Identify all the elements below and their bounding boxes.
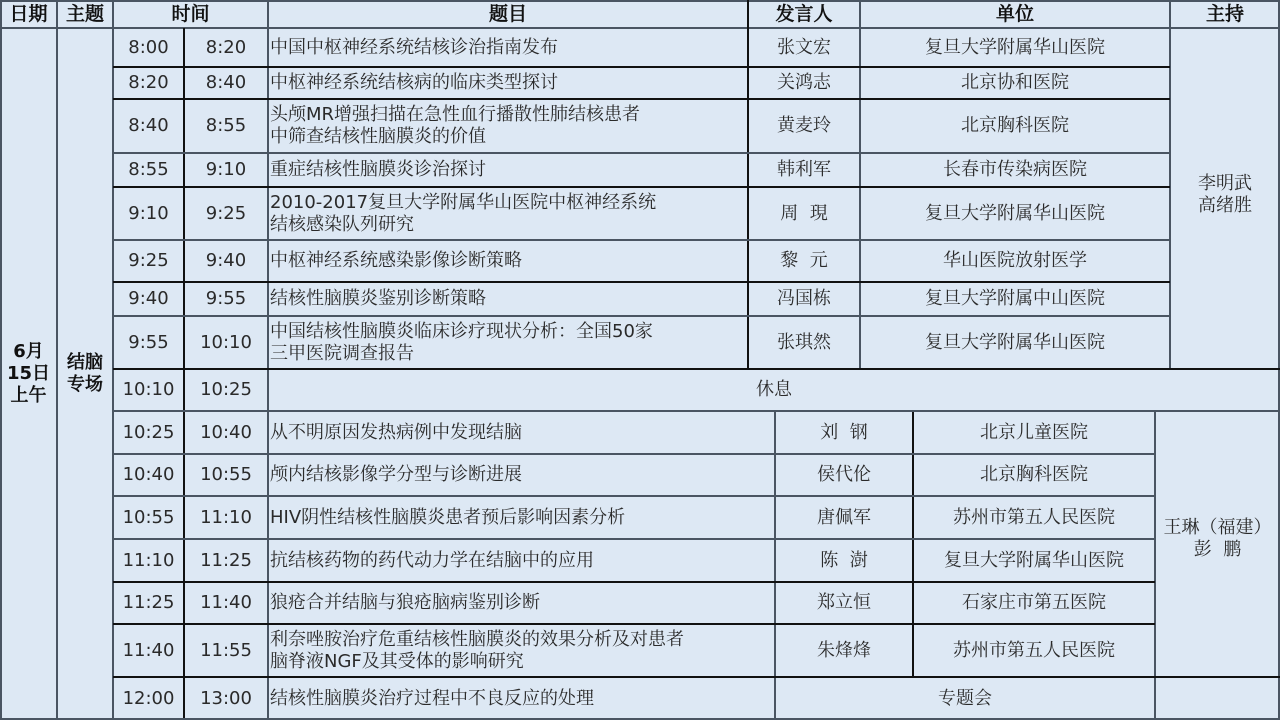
row-divider: [113, 281, 1170, 283]
col-divider: [859, 0, 861, 369]
topic: 重症结核性脑膜炎诊治探讨: [268, 153, 748, 187]
end-time: 11:25: [184, 539, 268, 582]
start-time: 9:25: [113, 240, 184, 282]
end-time: 11:10: [184, 496, 268, 539]
final-host: [1155, 677, 1280, 720]
topic: 利奈唑胺治疗危重结核性脑膜炎的效果分析及对患者 脑脊液NGF及其受体的影响研究: [268, 624, 775, 677]
topic: 2010-2017复旦大学附属华山医院中枢神经系统 结核感染队列研究: [268, 187, 748, 240]
row-divider: [113, 98, 1170, 100]
header-theme: 主题: [57, 0, 113, 28]
unit: 长春市传染病医院: [860, 153, 1170, 187]
break-label: 休息: [268, 369, 1280, 411]
start-time: 10:40: [113, 454, 184, 496]
schedule-table: 日期 主题 时间 题目 发言人 单位 主持 6月 15日 上午 结脑 专场 8:…: [0, 0, 1280, 720]
start-time: 11:40: [113, 624, 184, 677]
topic: 从不明原因发热病例中发现结脑: [268, 411, 775, 454]
unit: 复旦大学附属华山医院: [860, 316, 1170, 369]
speaker: 周 現: [748, 187, 860, 240]
col-divider: [1154, 411, 1156, 720]
row-divider: [113, 368, 1280, 370]
col-divider: [774, 411, 776, 720]
speaker: 唐佩军: [775, 496, 913, 539]
speaker: 刘 钢: [775, 411, 913, 454]
unit: 石家庄市第五医院: [913, 582, 1155, 624]
header-divider: [0, 27, 1280, 29]
topic: 颅内结核影像学分型与诊断进展: [268, 454, 775, 496]
col-divider: [912, 411, 914, 677]
header-host: 主持: [1170, 0, 1280, 28]
row-divider: [113, 676, 1280, 678]
end-time: 9:10: [184, 153, 268, 187]
start-time: 8:55: [113, 153, 184, 187]
row-divider: [113, 495, 1155, 497]
speaker: 黄麦玲: [748, 99, 860, 153]
topic: 中国中枢神经系统结核诊治指南发布: [268, 28, 748, 67]
start-time: 8:20: [113, 67, 184, 99]
end-time: 10:40: [184, 411, 268, 454]
final-end-time: 13:00: [184, 677, 268, 720]
end-time: 9:40: [184, 240, 268, 282]
final-note: 专题会: [775, 677, 1155, 720]
row-divider: [113, 315, 1170, 317]
topic: 中枢神经系统感染影像诊断策略: [268, 240, 748, 282]
topic: 中国结核性脑膜炎临床诊疗现状分析：全国50家 三甲医院调查报告: [268, 316, 748, 369]
start-time: 8:00: [113, 28, 184, 67]
break-end-time: 10:25: [184, 369, 268, 411]
date-cell: 6月 15日 上午: [0, 28, 57, 720]
topic: 抗结核药物的药代动力学在结脑中的应用: [268, 539, 775, 582]
col-divider: [747, 0, 749, 369]
unit: 北京胸科医院: [860, 99, 1170, 153]
speaker: 朱烽烽: [775, 624, 913, 677]
start-time: 9:40: [113, 282, 184, 316]
col-divider: [183, 28, 185, 720]
row-divider: [113, 186, 1170, 188]
row-divider: [113, 538, 1155, 540]
start-time: 11:10: [113, 539, 184, 582]
topic: HIV阴性结核性脑膜炎患者预后影响因素分析: [268, 496, 775, 539]
end-time: 8:20: [184, 28, 268, 67]
header-time: 时间: [113, 0, 268, 28]
col-divider: [112, 0, 114, 720]
speaker: 黎 元: [748, 240, 860, 282]
row-divider: [113, 410, 1280, 412]
unit: 北京协和医院: [860, 67, 1170, 99]
host-session2: 王琳（福建） 彭 鹏: [1155, 411, 1280, 677]
header-unit: 单位: [860, 0, 1170, 28]
unit: 苏州市第五人民医院: [913, 624, 1155, 677]
col-divider: [56, 0, 58, 720]
header-speaker: 发言人: [748, 0, 860, 28]
speaker: 韩利军: [748, 153, 860, 187]
end-time: 10:10: [184, 316, 268, 369]
unit: 复旦大学附属中山医院: [860, 282, 1170, 316]
end-time: 11:40: [184, 582, 268, 624]
row-divider: [113, 239, 1170, 241]
final-start-time: 12:00: [113, 677, 184, 720]
row-divider: [113, 581, 1155, 583]
unit: 北京胸科医院: [913, 454, 1155, 496]
speaker: 郑立恒: [775, 582, 913, 624]
end-time: 9:55: [184, 282, 268, 316]
start-time: 8:40: [113, 99, 184, 153]
unit: 北京儿童医院: [913, 411, 1155, 454]
speaker: 冯国栋: [748, 282, 860, 316]
start-time: 9:10: [113, 187, 184, 240]
row-divider: [113, 152, 1170, 154]
unit: 复旦大学附属华山医院: [913, 539, 1155, 582]
speaker: 张琪然: [748, 316, 860, 369]
header-date: 日期: [0, 0, 57, 28]
final-topic: 结核性脑膜炎治疗过程中不良反应的处理: [268, 677, 775, 720]
end-time: 9:25: [184, 187, 268, 240]
theme-cell: 结脑 专场: [57, 28, 113, 720]
unit: 复旦大学附属华山医院: [860, 187, 1170, 240]
end-time: 10:55: [184, 454, 268, 496]
speaker: 关鸿志: [748, 67, 860, 99]
start-time: 10:55: [113, 496, 184, 539]
row-divider: [113, 623, 1155, 625]
start-time: 9:55: [113, 316, 184, 369]
speaker: 侯代伦: [775, 454, 913, 496]
end-time: 8:55: [184, 99, 268, 153]
unit: 华山医院放射医学: [860, 240, 1170, 282]
speaker: 张文宏: [748, 28, 860, 67]
unit: 苏州市第五人民医院: [913, 496, 1155, 539]
border-left: [0, 0, 2, 720]
row-divider: [113, 66, 1170, 68]
speaker: 陈 澍: [775, 539, 913, 582]
unit: 复旦大学附属华山医院: [860, 28, 1170, 67]
topic: 狼疮合并结脑与狼疮脑病鉴别诊断: [268, 582, 775, 624]
col-divider: [1169, 0, 1171, 369]
topic: 结核性脑膜炎鉴别诊断策略: [268, 282, 748, 316]
start-time: 11:25: [113, 582, 184, 624]
topic: 中枢神经系统结核病的临床类型探讨: [268, 67, 748, 99]
start-time: 10:25: [113, 411, 184, 454]
end-time: 11:55: [184, 624, 268, 677]
header-topic: 题目: [268, 0, 748, 28]
break-start-time: 10:10: [113, 369, 184, 411]
border-top: [0, 0, 1280, 2]
end-time: 8:40: [184, 67, 268, 99]
row-divider: [113, 453, 1155, 455]
topic: 头颅MR增强扫描在急性血行播散性肺结核患者 中筛查结核性脑膜炎的价值: [268, 99, 748, 153]
col-divider: [267, 0, 269, 720]
host-session1: 李明武 高绪胜: [1170, 28, 1280, 369]
